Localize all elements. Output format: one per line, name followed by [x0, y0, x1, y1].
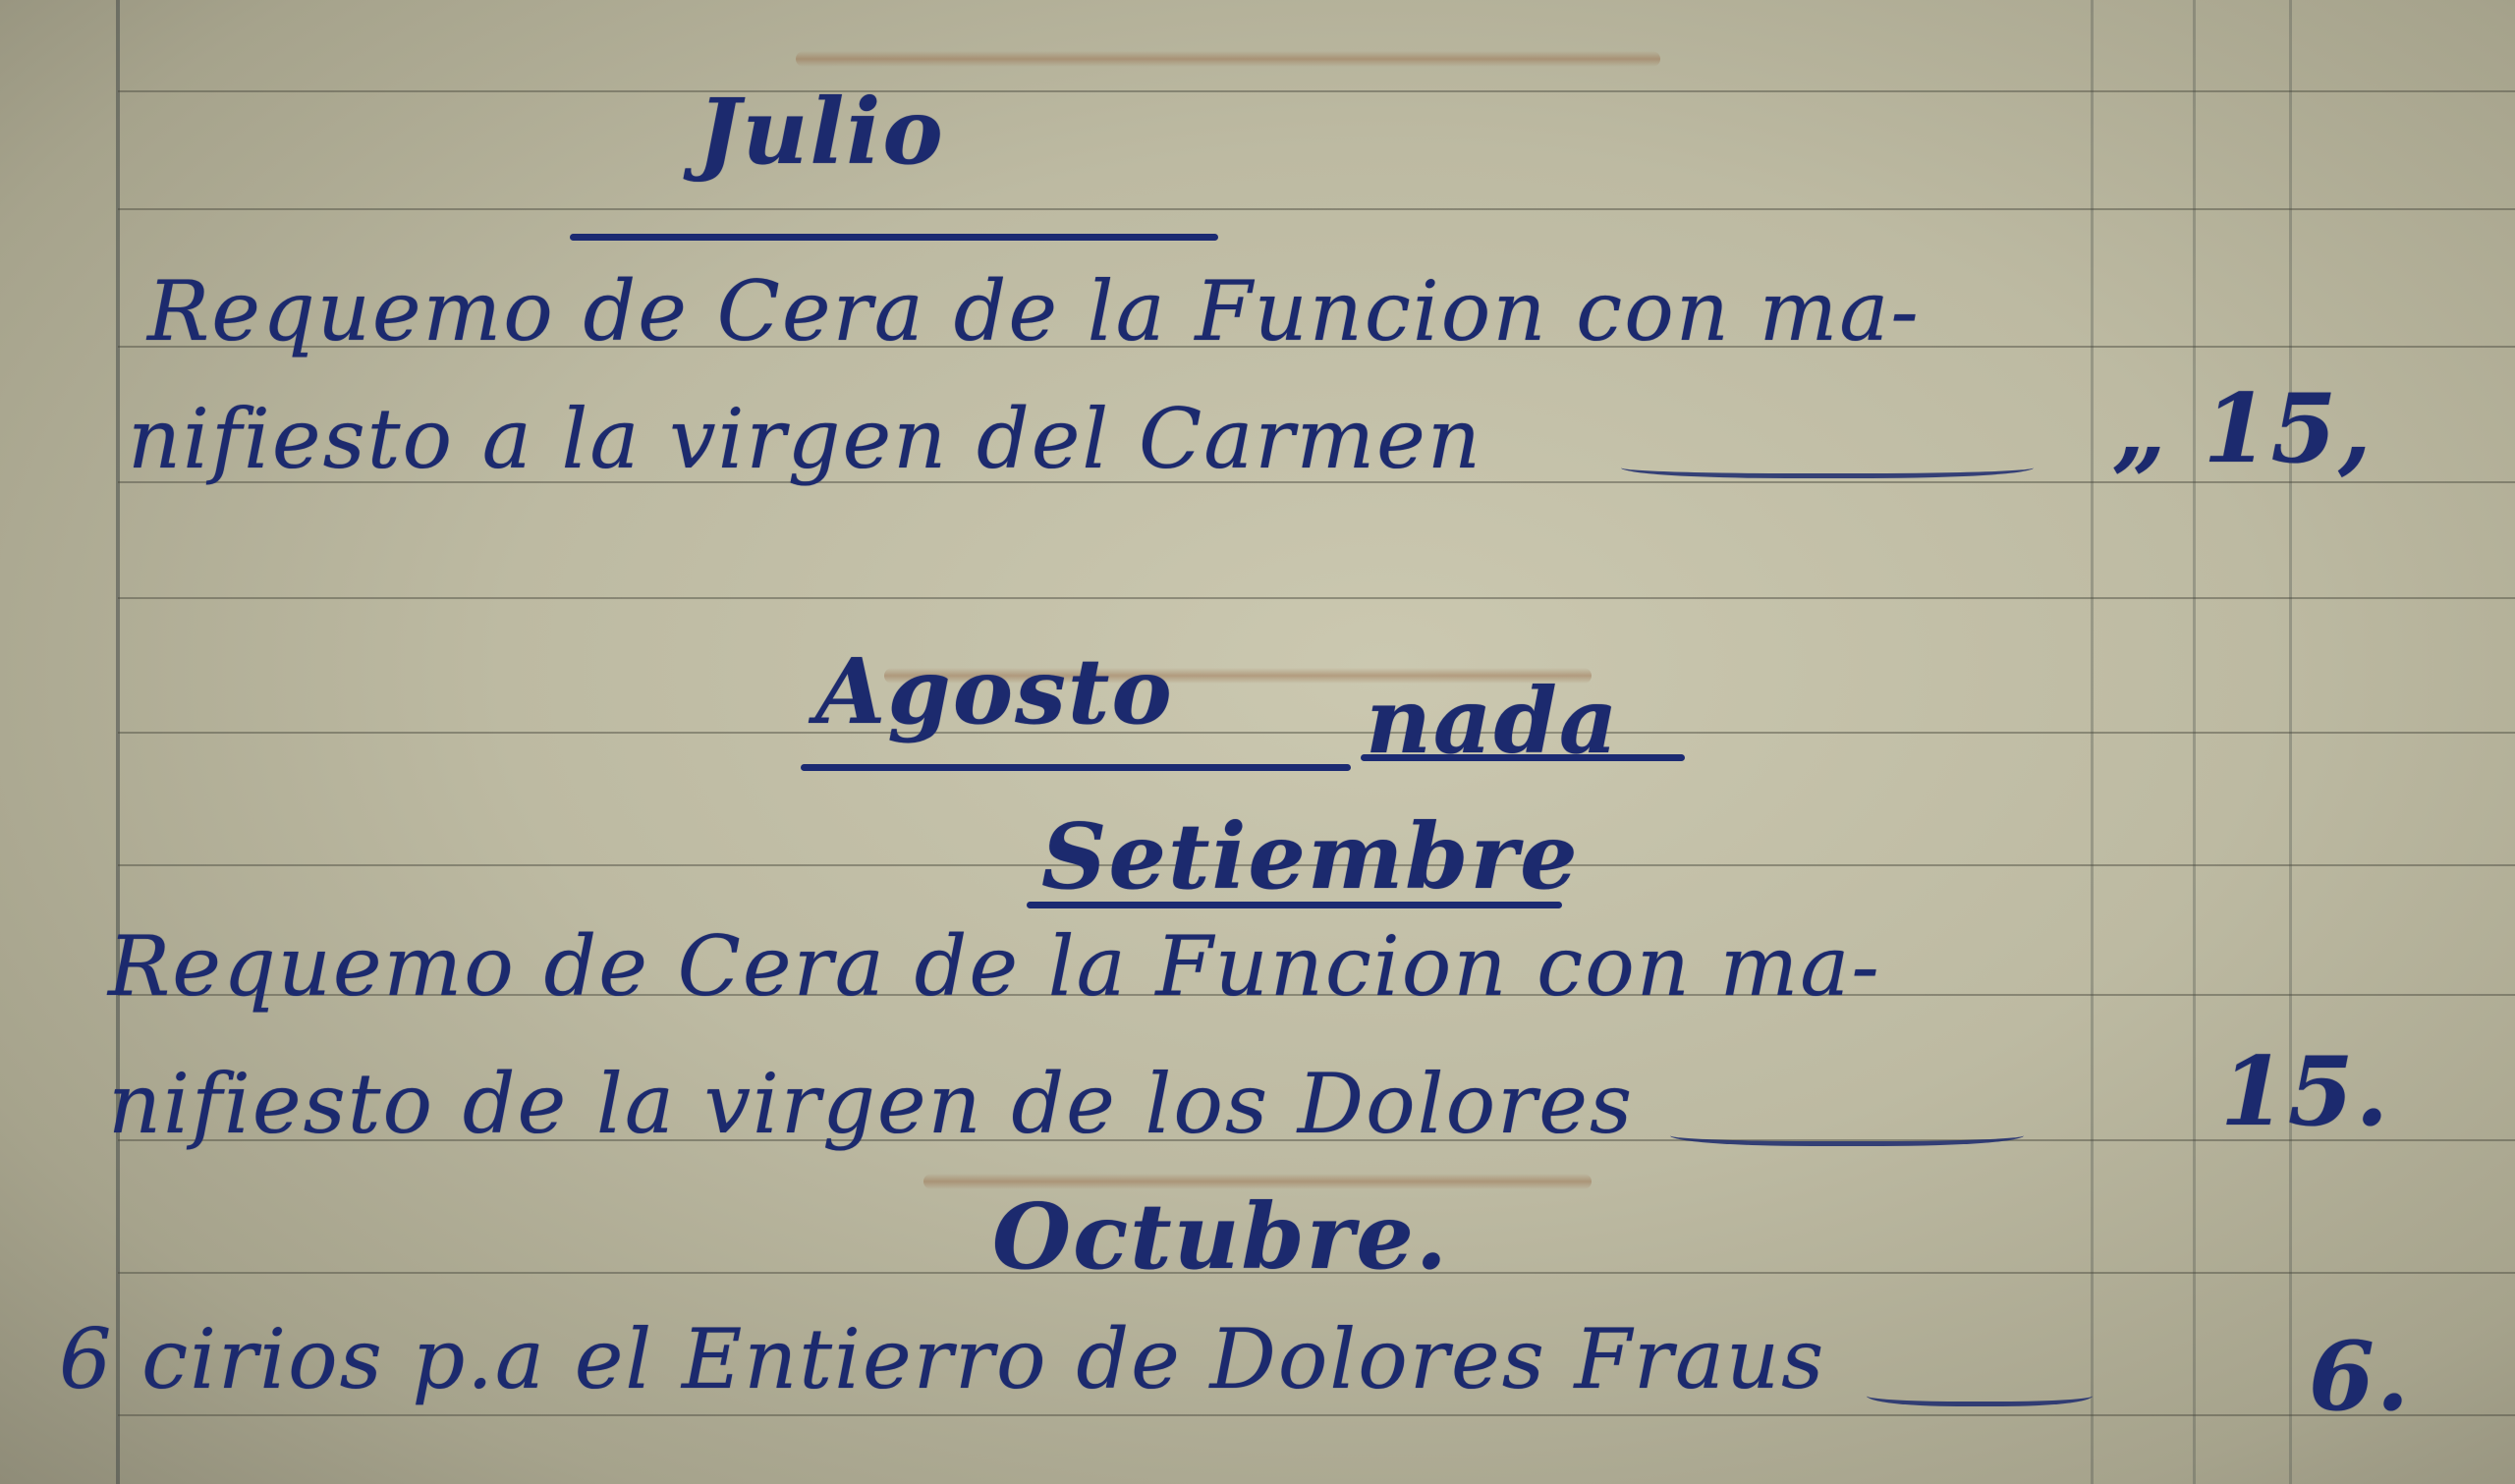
amount-column-line-1 [2091, 0, 2094, 1484]
ruled-line [118, 597, 2515, 599]
entry-setiembre-line1: Requemo de Cera de la Funcion con ma- [108, 918, 1881, 1015]
amount-julio: „ 15, [2112, 373, 2374, 484]
line-filler-flourish [1621, 452, 2034, 478]
month-heading-agosto: Agosto [815, 638, 1174, 744]
line-filler-flourish [1867, 1380, 2093, 1406]
ruled-line [118, 90, 2515, 92]
entry-julio-line2: nifiesto a la virgen del Carmen [128, 391, 1482, 487]
note-underline [1361, 754, 1685, 761]
heading-underline [1027, 902, 1562, 908]
amount-column-line-2 [2193, 0, 2196, 1484]
entry-julio-line1: Requemo de Cera de la Funcion con ma- [147, 263, 1921, 359]
entry-octubre-line1: 6 cirios p.a el Entierro de Dolores Frau… [59, 1311, 1825, 1407]
ledger-page: Julio Requemo de Cera de la Funcion con … [0, 0, 2515, 1484]
ruled-line [118, 208, 2515, 210]
entry-setiembre-line2: nifiesto de la virgen de los Dolores [108, 1056, 1634, 1152]
heading-underline [801, 764, 1351, 771]
bleed-through-strip [796, 51, 1660, 67]
ruled-line [118, 732, 2515, 734]
ruled-line [118, 1414, 2515, 1416]
amount-octubre: 6. [2309, 1321, 2411, 1432]
heading-underline [570, 234, 1218, 241]
amount-column-line-3 [2289, 0, 2292, 1484]
left-margin-line [116, 0, 120, 1484]
month-heading-julio: Julio [698, 79, 945, 185]
line-filler-flourish [1670, 1120, 2024, 1146]
month-heading-setiembre: Setiembre [1041, 803, 1580, 909]
amount-setiembre: 15. [2220, 1036, 2390, 1147]
month-heading-octubre: Octubre. [992, 1183, 1449, 1290]
